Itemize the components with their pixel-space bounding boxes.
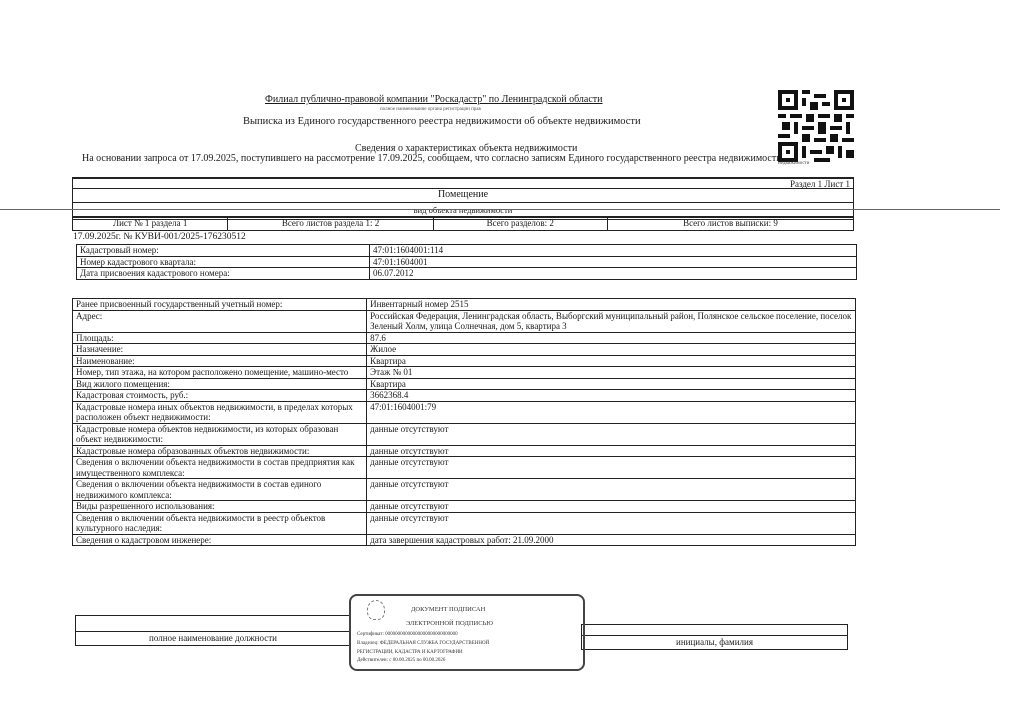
dwelling-type: Квартира (367, 378, 856, 390)
table-row: Кадастровые номера образованных объектов… (73, 445, 856, 457)
position-caption: полное наименование должности (76, 631, 350, 644)
field-label: Кадастровый номер: (77, 245, 370, 257)
table-row: Сведения о включении объекта недвижимост… (73, 457, 856, 479)
source-objects: данные отсутствуют (367, 423, 856, 445)
electronic-signature-stamp: ДОКУМЕНТ ПОДПИСАН ЭЛЕКТРОННОЙ ПОДПИСЬЮ С… (349, 594, 585, 671)
field-label: Дата присвоения кадастрового номера: (77, 268, 370, 280)
field-label: Ранее присвоенный государственный учетны… (73, 299, 367, 311)
table-row: Сведения о кадастровом инженере:дата зав… (73, 534, 856, 546)
field-label: Площадь: (73, 332, 367, 344)
heritage-register: данные отсутствуют (367, 512, 856, 534)
table-row: Дата присвоения кадастрового номера: 06.… (77, 268, 857, 280)
stamp-line: ЭЛЕКТРОННОЙ ПОДПИСЬЮ (406, 620, 493, 627)
table-row: Виды разрешенного использования:данные о… (73, 501, 856, 513)
table-row: Наименование:Квартира (73, 355, 856, 367)
complex-inclusion: данные отсутствуют (367, 479, 856, 501)
field-label: Номер кадастрового квартала: (77, 256, 370, 268)
object-type-frame: Раздел 1 Лист 1 Помещение вид объекта не… (72, 177, 854, 220)
extract-sheets-total: Всего листов выписки: 9 (608, 217, 853, 230)
qr-code-icon (778, 90, 854, 162)
address: Российская Федерация, Ленинградская обла… (367, 310, 856, 332)
field-label: Вид жилого помещения: (73, 378, 367, 390)
table-row: Кадастровые номера объектов недвижимости… (73, 423, 856, 445)
qr-caption: недвижимости (778, 161, 809, 166)
field-label: Кадастровые номера образованных объектов… (73, 445, 367, 457)
table-row: Ранее присвоенный государственный учетны… (73, 299, 856, 311)
field-label: Сведения о включении объекта недвижимост… (73, 457, 367, 479)
section-sheets-total: Всего листов раздела 1: 2 (228, 217, 433, 230)
organization-caption: полное наименование органа регистрации п… (380, 107, 481, 112)
stamp-line: Сертификат: 0000000000000000000000000000… (357, 632, 458, 637)
field-label: Сведения о включении объекта недвижимост… (73, 479, 367, 501)
name-caption: инициалы, фамилия (582, 635, 847, 648)
divider (0, 209, 1000, 210)
table-row: Сведения о включении объекта недвижимост… (73, 512, 856, 534)
purpose: Жилое (367, 344, 856, 356)
emblem-icon (367, 600, 385, 620)
cadastral-value: 3662368.4 (367, 390, 856, 402)
sheet-number: Лист № 1 раздела 1 (73, 217, 228, 230)
area: 87.6 (367, 332, 856, 344)
parent-objects: 47:01:1604001:79 (367, 401, 856, 423)
sheet-counts-row: Лист № 1 раздела 1 Всего листов раздела … (72, 216, 854, 231)
field-label: Адрес: (73, 310, 367, 332)
stamp-line: РЕГИСТРАЦИИ, КАДАСТРА И КАРТОГРАФИИ (357, 650, 463, 655)
table-row: Кадастровый номер: 47:01:1604001:114 (77, 245, 857, 257)
field-label: Наименование: (73, 355, 367, 367)
object-type: Помещение (73, 188, 853, 200)
name-signature-field: инициалы, фамилия (581, 624, 848, 650)
table-row: Назначение:Жилое (73, 344, 856, 356)
table-row: Кадастровая стоимость, руб.:3662368.4 (73, 390, 856, 402)
table-row: Площадь:87.6 (73, 332, 856, 344)
table-row: Номер кадастрового квартала: 47:01:16040… (77, 256, 857, 268)
characteristics-table: Ранее присвоенный государственный учетны… (72, 298, 856, 546)
name: Квартира (367, 355, 856, 367)
field-label: Кадастровые номера объектов недвижимости… (73, 423, 367, 445)
stamp-line: Действителен: с 00.00.2025 по 00.00.2026 (357, 658, 445, 663)
field-label: Кадастровая стоимость, руб.: (73, 390, 367, 402)
floor: Этаж № 01 (367, 367, 856, 379)
field-label: Виды разрешенного использования: (73, 501, 367, 513)
permitted-use: данные отсутствуют (367, 501, 856, 513)
table-row: Кадастровые номера иных объектов недвижи… (73, 401, 856, 423)
assignment-date: 06.07.2012 (370, 268, 857, 280)
cadastral-number: 47:01:1604001:114 (370, 245, 857, 257)
stamp-line: Владелец: ФЕДЕРАЛЬНАЯ СЛУЖБА ГОСУДАРСТВЕ… (357, 641, 489, 646)
field-label: Кадастровые номера иных объектов недвижи… (73, 401, 367, 423)
table-row: Номер, тип этажа, на котором расположено… (73, 367, 856, 379)
stamp-line: ДОКУМЕНТ ПОДПИСАН (411, 606, 485, 613)
derived-objects: данные отсутствуют (367, 445, 856, 457)
request-number: 17.09.2025г. № КУВИ-001/2025-176230512 (73, 232, 246, 242)
field-label: Сведения о включении объекта недвижимост… (73, 512, 367, 534)
field-label: Номер, тип этажа, на котором расположено… (73, 367, 367, 379)
cadastral-engineer: дата завершения кадастровых работ: 21.09… (367, 534, 856, 546)
organization-name: Филиал публично-правовой компании "Роска… (265, 94, 603, 105)
field-label: Сведения о кадастровом инженере: (73, 534, 367, 546)
previous-number: Инвентарный номер 2515 (367, 299, 856, 311)
table-row: Сведения о включении объекта недвижимост… (73, 479, 856, 501)
enterprise-inclusion: данные отсутствуют (367, 457, 856, 479)
intro-text: На основании запроса от 17.09.2025, пост… (82, 153, 784, 164)
sections-total: Всего разделов: 2 (434, 217, 608, 230)
document-title: Выписка из Единого государственного реес… (243, 116, 641, 127)
table-row: Адрес:Российская Федерация, Ленинградска… (73, 310, 856, 332)
identifiers-table: Кадастровый номер: 47:01:1604001:114 Ном… (76, 244, 857, 280)
field-label: Назначение: (73, 344, 367, 356)
table-row: Вид жилого помещения:Квартира (73, 378, 856, 390)
position-signature-field: полное наименование должности (75, 615, 350, 646)
cadastral-quarter: 47:01:1604001 (370, 256, 857, 268)
